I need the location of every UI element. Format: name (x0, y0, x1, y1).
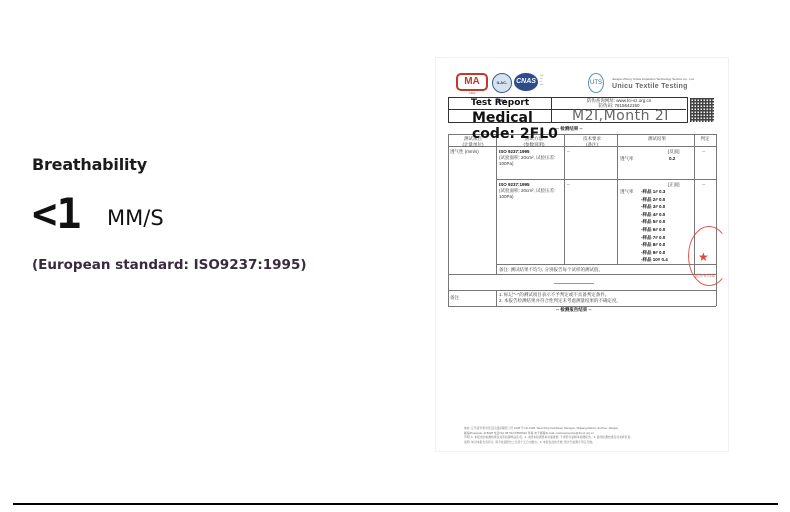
remarks-col-divider (496, 290, 497, 306)
end-title: -- 检测报告结束 -- (556, 307, 592, 313)
overlay-medical: Medical (472, 111, 533, 126)
company-name: Unicu Textile Testing (612, 83, 688, 90)
header-result: 测试结果 (626, 136, 688, 142)
row1-verdict: -- (702, 149, 705, 155)
ilac-logo: ILAC-MRA (492, 73, 512, 93)
table-note-border (496, 264, 716, 265)
sample-result: -样品 5# 0.0 (641, 219, 665, 225)
table-row-border (496, 179, 716, 180)
item-cell: 透气性 (mm/s) (450, 149, 496, 155)
spec-standard-note: (European standard: ISO9237:1995) (32, 257, 307, 273)
sample-result: -样品 2# 0.0 (641, 197, 665, 203)
sample-result: -样品 6# 0.0 (641, 227, 665, 233)
overlay-code: code: 2FL0 (472, 127, 558, 142)
overlay-month: M2I,Month 2I (572, 109, 669, 123)
table-note: 备注: 测试结果不均匀, 分别报告每个试样的测试值。 (499, 267, 603, 273)
sample-result: -样品 4# 0.0 (641, 212, 665, 218)
row2-verdict: -- (702, 182, 705, 188)
sample-result: -样品 1# 0.3 (641, 189, 665, 195)
header-verdict: 判定 (696, 136, 714, 142)
row2-params: (试验面积: 20cm², 试验压差: 100Pa) (499, 188, 561, 199)
row2-method: ISO 9237:1995 (499, 182, 530, 188)
col-divider-2 (564, 134, 565, 264)
row1-result-label: 透气率 (620, 156, 634, 162)
uts-logo: UTS (588, 73, 604, 93)
row1-result-value: 0.2 (669, 156, 675, 162)
row1-params: (试验面积: 20cm², 试验压差: 100Pa) (499, 155, 561, 166)
stamp-star-icon: ★ (698, 250, 709, 264)
cnas-logo-text: ▪▪▪▪▪▪▪▪▪▪▪▪▪ (540, 74, 556, 86)
sample-result: -样品 8# 0.0 (641, 242, 665, 248)
sample-result: -样品 3# 0.0 (641, 204, 665, 210)
remarks-top-border (448, 290, 716, 291)
row1-method: ISO 9237:1995 (499, 149, 530, 155)
verification-info: 防伪查询网址: www.fci-sz.org.cn 防伪码: 761564215… (554, 98, 684, 108)
company-line: Jiangsu Zhong Yuhua Inspection Technolog… (612, 77, 694, 81)
ma-logo: MA (456, 73, 488, 91)
remarks-label: 备注 (450, 295, 459, 301)
table-left-border (448, 134, 449, 306)
footer-line: 说明: 如对本报告有异议, 请于收到报告之日起十五日内提出。4. 本报告涂改无效… (464, 440, 704, 445)
row2-requirement: -- (567, 182, 570, 188)
row2-result-label: 透气率 (620, 189, 634, 195)
sample-result: -样品 7# 0.0 (641, 235, 665, 241)
col-divider-3 (617, 134, 618, 264)
header-requirement: 技术要求(备注) (570, 136, 614, 147)
sample-result: -样品 10# 0.4 (641, 257, 668, 263)
header-split (551, 97, 552, 122)
spec-label: Breathability (32, 155, 147, 174)
sample-result: -样品 9# 0.0 (641, 250, 665, 256)
qr-code-icon (690, 98, 714, 122)
row1-result-header: [反面] (668, 149, 680, 155)
remark-2: 2. 本报告检测结果并符合性判定未考虑测量结果的不确定度。 (499, 298, 621, 304)
blank-line (554, 283, 594, 284)
certificate-document: MA CMA ILAC-MRA CNAS ▪▪▪▪▪▪▪▪▪▪▪▪▪ UTS J… (436, 58, 728, 451)
spec-value-unit: MM/S (107, 203, 164, 233)
bottom-divider (13, 503, 778, 505)
remark-1: 1. 标记"--"的测试项目表示不予判定或不具备判定条件。 (499, 292, 609, 298)
col-divider-1 (496, 134, 497, 274)
ma-logo-subtext: CMA (456, 91, 488, 95)
row2-result-header: [正面] (668, 182, 680, 188)
footer: 地址: 江苏省苏州市吴江区盛泽镇西二环 2128 号 No.2128, West… (464, 426, 704, 444)
cnas-logo: CNAS (514, 73, 538, 91)
spec-value-number: <1 (32, 188, 81, 240)
report-title: Test Report (450, 98, 550, 108)
row1-requirement: -- (567, 149, 570, 155)
stamp-text: 报告专用章 (695, 273, 715, 279)
table-bottom-border (448, 274, 716, 275)
section-title: -- 检测结果 -- (556, 126, 583, 132)
